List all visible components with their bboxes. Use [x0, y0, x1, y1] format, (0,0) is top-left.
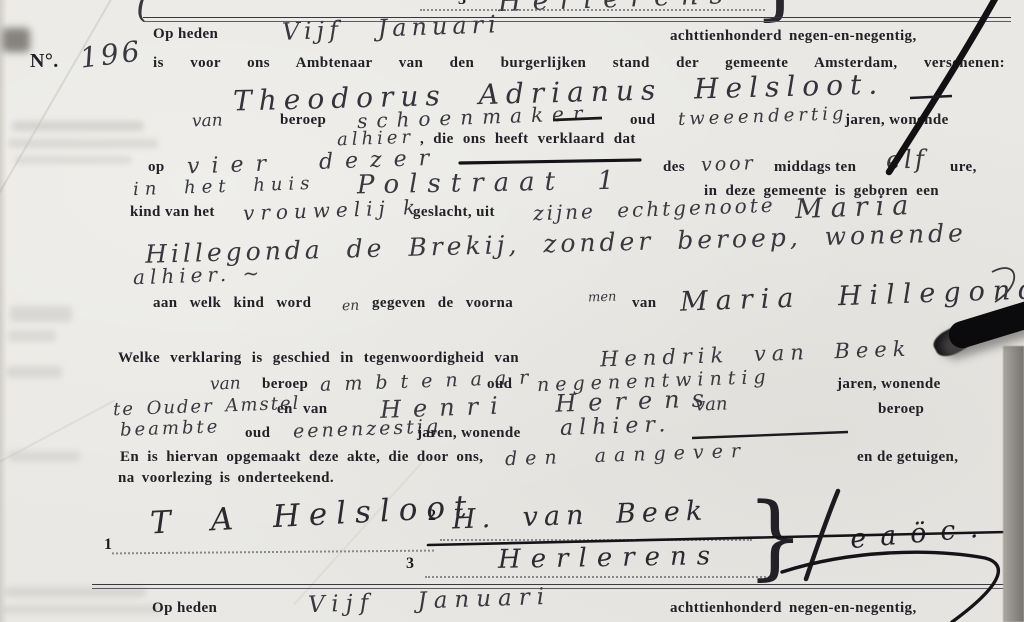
- signature-number-2: 2: [428, 507, 436, 525]
- printed-gegeven-voorna: gegeven de voorna: [372, 295, 513, 312]
- handwritten-aangever: den aangever: [505, 440, 749, 470]
- handwritten-declarant-age: tweeendertig: [678, 103, 848, 130]
- handwritten-w2-van: van: [695, 393, 728, 415]
- signature-witness2: Herlerens: [498, 541, 721, 575]
- handwritten-w2-occupation: beambte: [120, 416, 221, 440]
- handwritten-date: Vijf Januari: [282, 10, 502, 46]
- page-edge-shadow: [1003, 346, 1024, 622]
- previous-record-brace-fragment: (: [135, 0, 150, 26]
- printed-oud: oud: [630, 112, 655, 129]
- printed-die-ons: , die ons heeft verklaard dat: [420, 131, 636, 148]
- record-separator-rule: [143, 17, 1011, 22]
- dash-after-alhier: [692, 432, 848, 438]
- handwritten-w1-van: van: [210, 373, 241, 394]
- ink-bleed-smudge: [8, 330, 56, 342]
- ink-bleed-smudge: [12, 121, 144, 131]
- signature-number-1: 1: [104, 536, 112, 554]
- ink-bleed-smudge: [2, 28, 30, 52]
- printed-ure: ure,: [950, 159, 977, 176]
- printed-w2-oud: oud: [245, 425, 270, 442]
- ink-bleed-smudge: [8, 139, 158, 148]
- paper-crease: [0, 400, 115, 491]
- ink-bleed-smudge: [10, 306, 72, 322]
- handwritten-mother-name: Hillegonda de Brekij, zonder beroep, won…: [145, 218, 967, 269]
- ink-bleed-smudge: [6, 366, 62, 378]
- printed-en-de-getuigen: en de getuigen,: [857, 449, 958, 466]
- printed-aan-welk-kind: aan welk kind word: [153, 295, 311, 312]
- handwritten-in-het-huis: in het huis: [133, 173, 316, 200]
- printed-des: des: [663, 159, 685, 176]
- printed-year-next: achttienhonderd negen-en-negentig,: [670, 600, 917, 617]
- printed-na-voorlezing: na voorlezing is onderteekend.: [118, 470, 334, 487]
- ink-bleed-smudge: [14, 156, 132, 164]
- printed-geslacht-uit: geslacht, uit: [413, 204, 495, 221]
- handwritten-child-names: Maria Hillegonda: [680, 273, 1024, 318]
- printed-jaren-wonende: jaren, wonende: [845, 112, 949, 129]
- signature-dotted-line: [425, 576, 770, 578]
- handwritten-van: van: [192, 110, 223, 131]
- printed-welke-verklaring: Welke verklaring is geschied in tegenwoo…: [118, 350, 519, 367]
- previous-record-brace: }: [753, 0, 808, 30]
- handwritten-mother-residence: alhier. ~: [133, 261, 265, 290]
- ink-bleed-smudge: [8, 451, 80, 462]
- previous-record-signature-number: 3: [458, 0, 466, 9]
- dash-after-name: [910, 96, 952, 98]
- signatures-brace: }: [746, 483, 805, 590]
- printed-op: op: [148, 159, 165, 176]
- ink-bleed-smudge: [2, 605, 162, 614]
- signature-number-3: 3: [406, 555, 414, 573]
- printed-op-heden: Op heden: [153, 26, 218, 43]
- signature-dotted-line: [112, 550, 434, 555]
- printed-year: achttienhonderd negen-en-negentig,: [670, 28, 917, 45]
- signature-witness1: H. van Beek: [452, 496, 709, 536]
- blank-filler-dash: [460, 160, 640, 163]
- printed-en-van: en van: [277, 401, 328, 418]
- record-number-label: N°.: [30, 50, 59, 73]
- handwritten-en-suffix: en: [342, 298, 360, 315]
- record-separator-rule: [92, 584, 1012, 589]
- printed-op-heden-next: Op heden: [152, 600, 217, 617]
- printed-en-is-hiervan: En is hiervan opgemaakt deze akte, die d…: [120, 449, 483, 466]
- signature-official-scrawl: eaöc.: [849, 512, 993, 555]
- handwritten-echtgenoote: zijne echtgenoote: [533, 193, 776, 225]
- left-edge-shading: [0, 0, 7, 622]
- printed-van: van: [632, 295, 657, 312]
- handwritten-w2-place: alhier.: [560, 412, 672, 441]
- handwritten-hour: elf: [886, 144, 928, 174]
- handwritten-men-suffix: men: [588, 290, 617, 306]
- printed-w2-beroep: beroep: [878, 401, 924, 418]
- printed-w1-beroep: beroep: [262, 376, 308, 393]
- printed-kind-van-het: kind van het: [130, 204, 215, 221]
- printed-beroep: beroep: [280, 112, 326, 129]
- handwritten-gender: vrouwelij k: [243, 195, 422, 225]
- official-scrawl-lead-stroke: [806, 491, 838, 579]
- record-number: 196: [78, 34, 144, 74]
- printed-w1-jaren: jaren, wonende: [837, 376, 941, 393]
- handwritten-voor: voor: [701, 152, 756, 176]
- printed-middags-ten: middags ten: [774, 159, 856, 176]
- birth-certificate-scan: ( 3 Herlerens } N°. 196 Op heden Vijf Ja…: [0, 0, 1024, 622]
- printed-w2-jaren: jaren, wonende: [417, 425, 521, 442]
